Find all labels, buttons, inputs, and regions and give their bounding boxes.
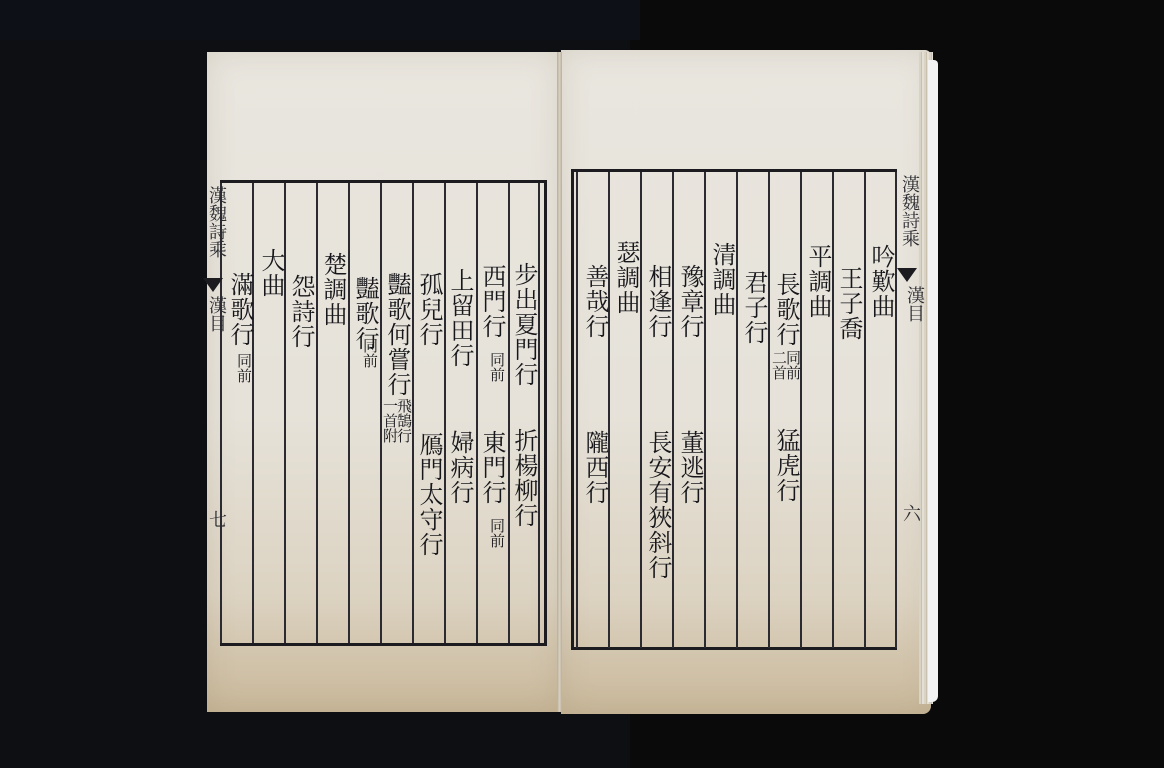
column-rule: [800, 172, 802, 648]
column-rule: [508, 183, 510, 643]
toc-entry: 長歌行: [771, 272, 801, 347]
toc-heading: 平調曲: [803, 244, 833, 319]
toc-heading: 大曲: [256, 248, 286, 298]
column-rule: [768, 172, 770, 648]
toc-entry: 婦病行: [445, 430, 475, 505]
toc-note: 一首附: [382, 398, 397, 443]
toc-heading: 楚調曲: [318, 252, 348, 327]
banxin-title: 漢魏詩乘: [899, 175, 919, 247]
toc-entry: 豔歌何嘗行: [382, 272, 412, 397]
column-rule: [348, 183, 350, 643]
banxin-leaf-number: 六: [900, 504, 920, 522]
toc-heading: 清調曲: [707, 242, 737, 317]
dark-background-top: [0, 0, 640, 40]
column-rule: [444, 183, 446, 643]
toc-note: 同前: [489, 518, 504, 548]
toc-note: 同前: [236, 353, 251, 383]
banxin-section: 漢目: [206, 296, 226, 332]
toc-entry: 怨詩行: [286, 274, 316, 349]
toc-note: 二首: [771, 350, 786, 380]
toc-entry: 折楊柳行: [509, 428, 539, 528]
toc-entry: 王子喬: [834, 266, 864, 341]
toc-entry: 猛虎行: [771, 428, 801, 503]
toc-entry: 步出夏門行: [509, 262, 539, 387]
toc-entry: 董逃行: [675, 430, 705, 505]
toc-entry: 君子行: [739, 270, 769, 345]
toc-entry: 相逢行: [643, 264, 673, 339]
toc-entry: 孤兒行: [414, 272, 444, 347]
banxin-leaf-number: 七: [206, 510, 226, 528]
banxin-title: 漢魏詩乘: [206, 186, 226, 258]
toc-entry: 上留田行: [445, 268, 475, 368]
column-rule: [252, 183, 254, 643]
fishtail-mark: [203, 278, 223, 292]
toc-entry: 東門行: [477, 430, 507, 505]
toc-entry: 善哉行: [580, 264, 610, 339]
column-rule: [476, 183, 478, 643]
toc-entry: 鴈門太守行: [414, 432, 444, 557]
book-gutter: [557, 52, 562, 712]
toc-entry: 豫章行: [675, 264, 705, 339]
fishtail-mark: [897, 268, 917, 282]
column-rule: [576, 172, 578, 648]
protective-sheet-edge: [928, 60, 938, 702]
column-rule: [538, 183, 540, 643]
column-rule: [608, 172, 610, 648]
toc-note: 同前: [489, 352, 504, 382]
toc-entry: 滿歌行: [225, 272, 255, 347]
column-rule: [704, 172, 706, 648]
toc-entry: 西門行: [477, 264, 507, 339]
banxin-section: 漢目: [904, 286, 924, 322]
toc-entry: 隴西行: [580, 430, 610, 505]
toc-heading: 吟歎曲: [866, 244, 896, 319]
toc-entry: 長安有狹斜行: [643, 430, 673, 580]
toc-note: 同前: [362, 338, 377, 368]
toc-heading: 瑟調曲: [611, 240, 641, 315]
